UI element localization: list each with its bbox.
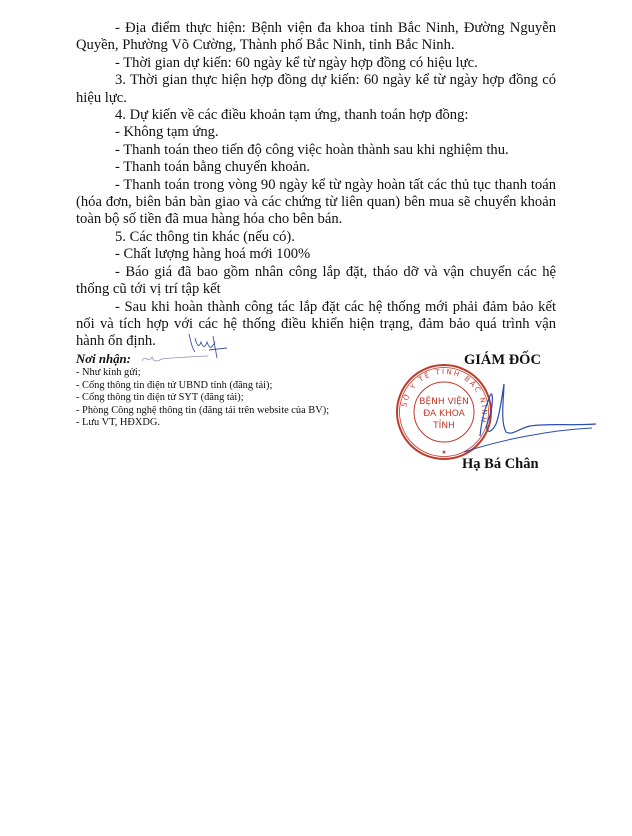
section-5-heading: 5. Các thông tin khác (nếu có).: [76, 229, 556, 246]
document-page: - Địa điểm thực hiện: Bệnh viện đa khoa …: [0, 0, 632, 836]
recipients-title: Nơi nhận:: [76, 352, 376, 367]
director-signature-icon: [460, 366, 600, 456]
recipient-item: - Như kính gửi;: [76, 367, 376, 380]
paragraph-payment-progress: - Thanh toán theo tiến độ công việc hoàn…: [76, 142, 556, 159]
paragraph-payment-transfer: - Thanh toán bằng chuyển khoản.: [76, 159, 556, 176]
recipient-item: - Lưu VT, HĐXDG.: [76, 417, 376, 430]
paragraph-integration: - Sau khi hoàn thành công tác lắp đặt cá…: [76, 299, 556, 351]
paragraph-payment-90-days: - Thanh toán trong vòng 90 ngày kể từ ng…: [76, 177, 556, 229]
section-4-heading: 4. Dự kiến về các điều khoản tạm ứng, th…: [76, 107, 556, 124]
recipient-item: - Phòng Công nghệ thông tin (đăng tải tr…: [76, 405, 376, 418]
recipient-item: - Cổng thông tin điện tử UBND tỉnh (đăng…: [76, 380, 376, 393]
paragraph-location: - Địa điểm thực hiện: Bệnh viện đa khoa …: [76, 20, 556, 55]
paragraph-quality: - Chất lượng hàng hoá mới 100%: [76, 246, 556, 263]
recipient-item: - Cổng thông tin điện tử SYT (đăng tải);: [76, 392, 376, 405]
recipient-initial-icon: [140, 351, 210, 367]
paragraph-expected-time: - Thời gian dự kiến: 60 ngày kể từ ngày …: [76, 55, 556, 72]
paragraph-no-advance: - Không tạm ứng.: [76, 124, 556, 141]
director-name: Hạ Bá Chân: [462, 456, 539, 473]
signature-block: GIÁM ĐỐC SỞ Y TẾ TỈNH BẮC NINH BỆNH VIỆN…: [390, 350, 590, 480]
svg-text:TỈNH: TỈNH: [432, 419, 455, 431]
paragraph-quote-includes: - Báo giá đã bao gồm nhân công lắp đặt, …: [76, 264, 556, 299]
section-3-contract-time: 3. Thời gian thực hiện hợp đồng dự kiến:…: [76, 72, 556, 107]
recipients-block: Nơi nhận: - Như kính gửi; - Cổng thông t…: [76, 352, 376, 430]
document-body: - Địa điểm thực hiện: Bệnh viện đa khoa …: [76, 20, 556, 351]
svg-text:★: ★: [441, 449, 446, 456]
